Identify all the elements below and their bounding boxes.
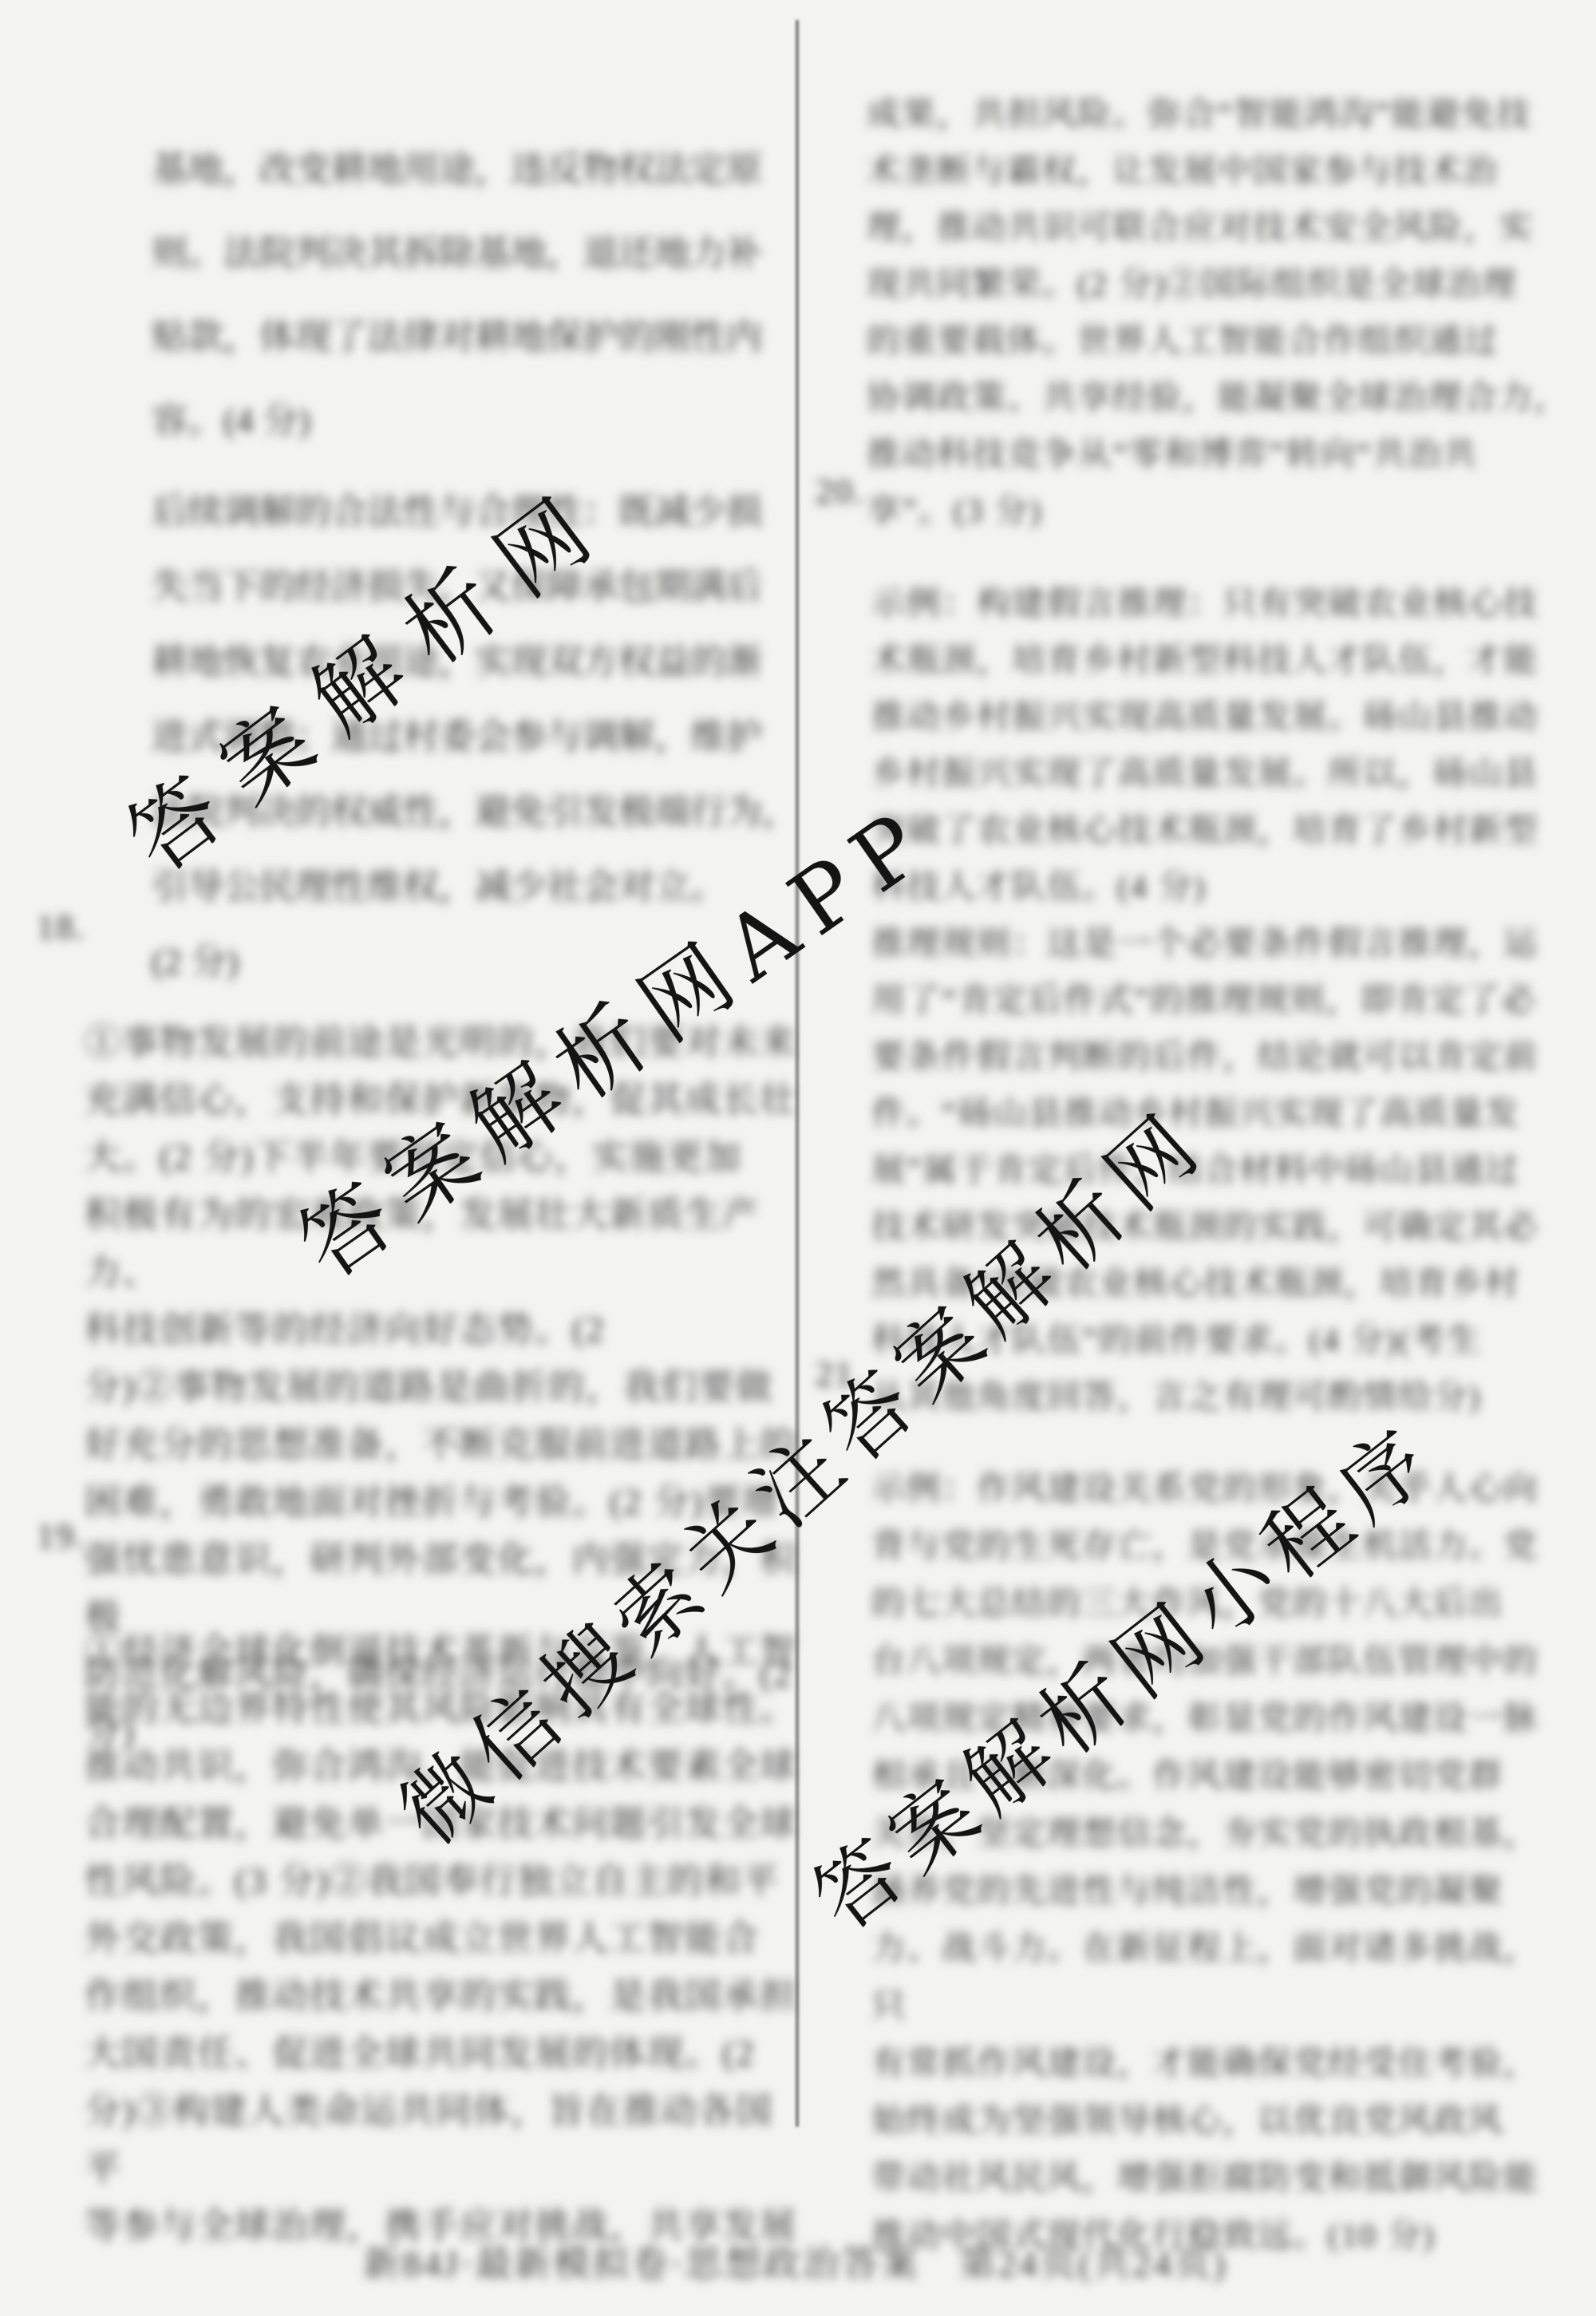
page-footer: 新84J·最新模拟卷·思想政治答案 第24页(共24页) <box>363 2235 1227 2287</box>
question-number: 18. <box>37 899 85 956</box>
question-number: 19. <box>37 1508 85 1565</box>
answer-sheet-page: 基地，改变耕地用途，违反物权法定原 则。法院判决其拆除基地，退还地力补 贴款，体… <box>0 0 1596 2316</box>
question-number: 20. <box>816 463 864 520</box>
